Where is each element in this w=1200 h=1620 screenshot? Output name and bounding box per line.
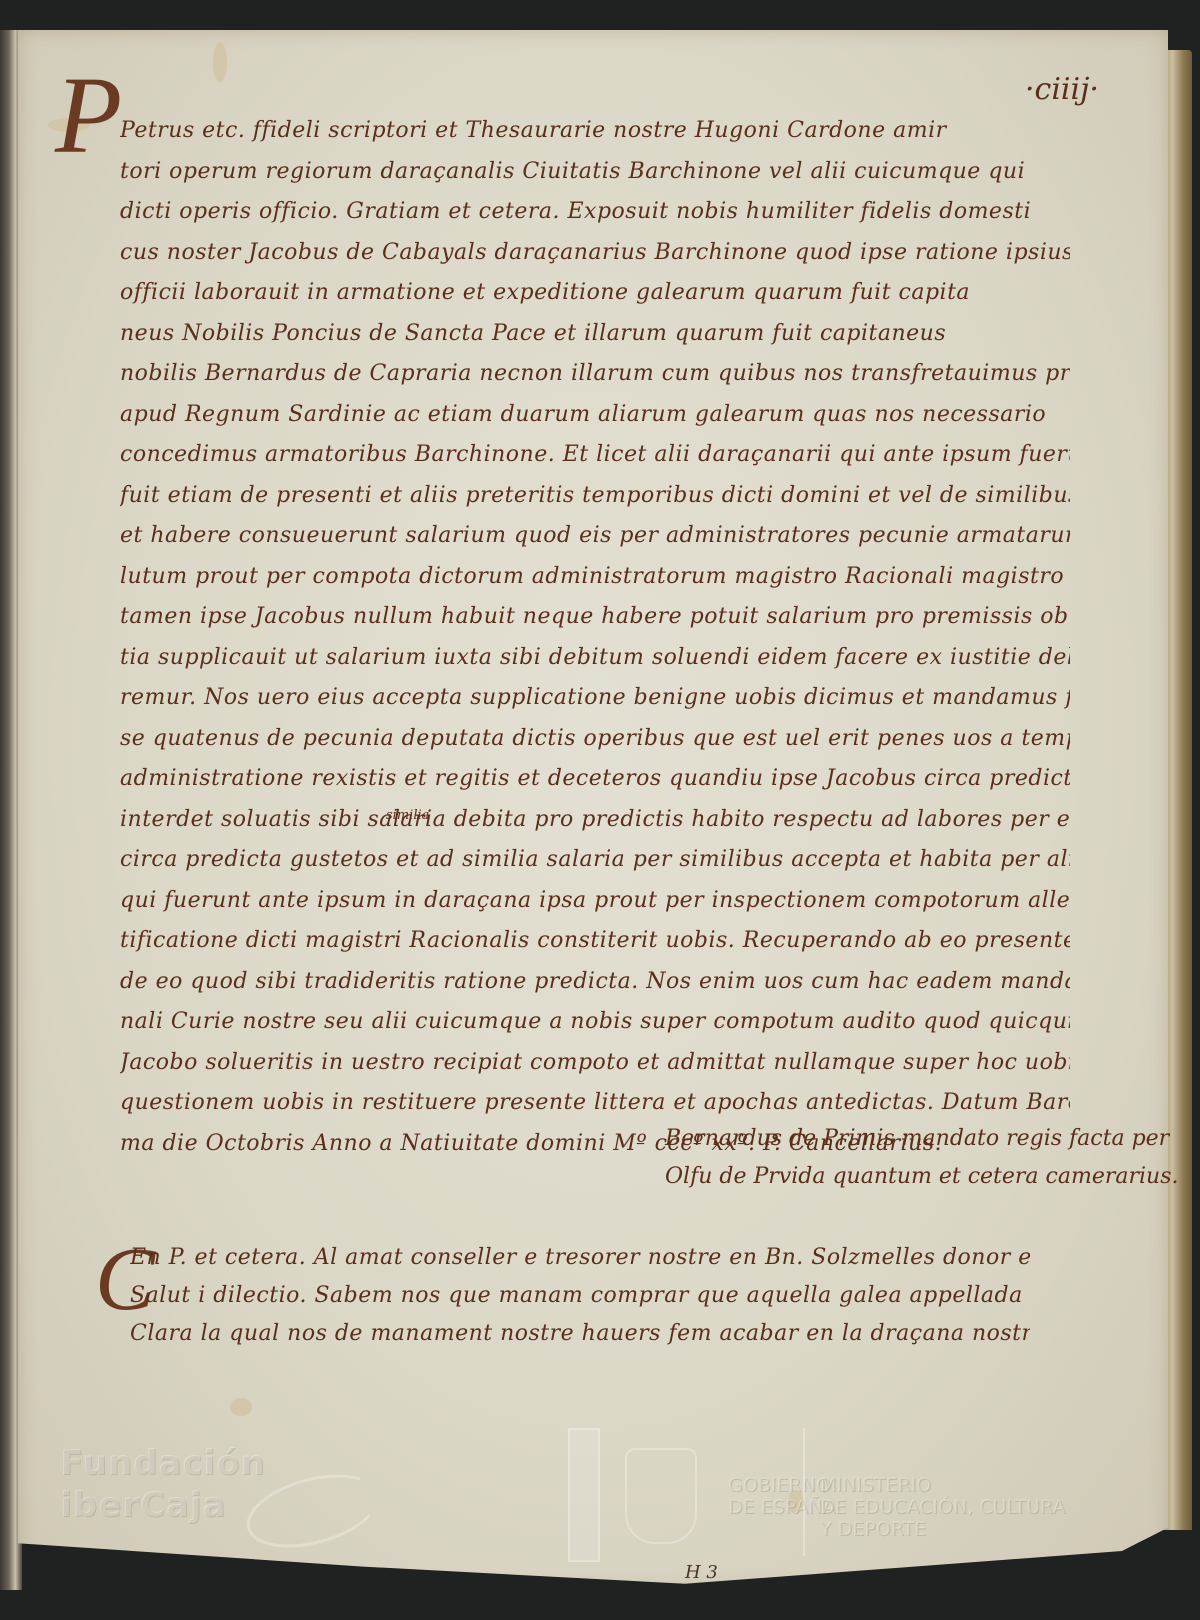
interlinear-insertion: similia xyxy=(386,808,429,823)
text-line: En P. et cetera. Al amat conseller e tre… xyxy=(130,1245,1030,1283)
text-line: cus noster Jacobus de Cabayals daraçanar… xyxy=(120,240,1070,281)
text-line: tori operum regiorum daraçanalis Ciuitat… xyxy=(120,159,1070,200)
text-line: tamen ipse Jacobus nullum habuit neque h… xyxy=(120,604,1070,645)
fundacion-ibercaja-watermark: Fundación iberCaja xyxy=(60,1442,266,1526)
stain xyxy=(213,42,227,82)
text-line: qui fuerunt ante ipsum in daraçana ipsa … xyxy=(120,888,1070,929)
text-line: concedimus armatoribus Barchinone. Et li… xyxy=(120,442,1070,483)
watermark-text: Y DEPORTE xyxy=(820,1518,1065,1540)
text-line: se quatenus de pecunia deputata dictis o… xyxy=(120,726,1070,767)
text-line: nali Curie nostre seu alii cuicumque a n… xyxy=(120,1009,1070,1050)
signature-line: Bernardus de Primis mandato regis facta … xyxy=(665,1120,1179,1158)
coat-of-arms-icon xyxy=(625,1448,697,1544)
shelfmark: H 3 xyxy=(685,1562,718,1583)
text-line: apud Regnum Sardinie ac etiam duarum ali… xyxy=(120,402,1070,443)
text-line: officii laborauit in armatione et expedi… xyxy=(120,280,1070,321)
text-line: fuit etiam de presenti et aliis preterit… xyxy=(120,483,1070,524)
stain xyxy=(230,1398,252,1416)
text-line: interdet soluatis sibi salaria debita pr… xyxy=(120,807,1070,848)
text-line: Salut i dilectio. Sabem nos que manam co… xyxy=(130,1283,1030,1321)
text-line: remur. Nos uero eius accepta supplicatio… xyxy=(120,685,1070,726)
decorated-initial-p: P xyxy=(55,60,122,170)
text-line: lutum prout per compota dictorum adminis… xyxy=(120,564,1070,605)
text-line: tificatione dicti magistri Racionalis co… xyxy=(120,928,1070,969)
text-line: nobilis Bernardus de Capraria necnon ill… xyxy=(120,361,1070,402)
text-line: Jacobo solueritis in uestro recipiat com… xyxy=(120,1050,1070,1091)
text-line: Clara la qual nos de manament nostre hau… xyxy=(130,1321,1030,1359)
watermark-divider xyxy=(803,1428,805,1556)
watermark-text: DE EDUCACIÓN, CULTURA xyxy=(820,1496,1065,1518)
text-line: circa predicta gustetos et ad similia sa… xyxy=(120,847,1070,888)
text-line: Petrus etc. ffideli scriptori et Thesaur… xyxy=(120,118,1070,159)
text-line: dicti operis officio. Gratiam et cetera.… xyxy=(120,199,1070,240)
signature-block: Bernardus de Primis mandato regis facta … xyxy=(665,1120,1179,1196)
text-line: de eo quod sibi tradideritis ratione pre… xyxy=(120,969,1070,1010)
spain-flag-icon xyxy=(568,1428,600,1562)
ministerio-watermark: MINISTERIO DE EDUCACIÓN, CULTURA Y DEPOR… xyxy=(820,1474,1065,1540)
main-text-block: Petrus etc. ffideli scriptori et Thesaur… xyxy=(120,118,1070,1171)
text-line: administratione rexistis et regitis et d… xyxy=(120,766,1070,807)
signature-line: Olfu de Prvida quantum et cetera camerar… xyxy=(665,1158,1179,1196)
folio-number: ·ciiij· xyxy=(1025,72,1099,107)
watermark-text: MINISTERIO xyxy=(820,1474,1065,1496)
text-line: et habere consueuerunt salarium quod eis… xyxy=(120,523,1070,564)
text-line: neus Nobilis Poncius de Sancta Pace et i… xyxy=(120,321,1070,362)
second-entry-block: En P. et cetera. Al amat conseller e tre… xyxy=(130,1245,1030,1359)
text-line: tia supplicauit ut salarium iuxta sibi d… xyxy=(120,645,1070,686)
watermark-text: iberCaja xyxy=(60,1484,266,1526)
watermark-text: Fundación xyxy=(60,1442,266,1484)
